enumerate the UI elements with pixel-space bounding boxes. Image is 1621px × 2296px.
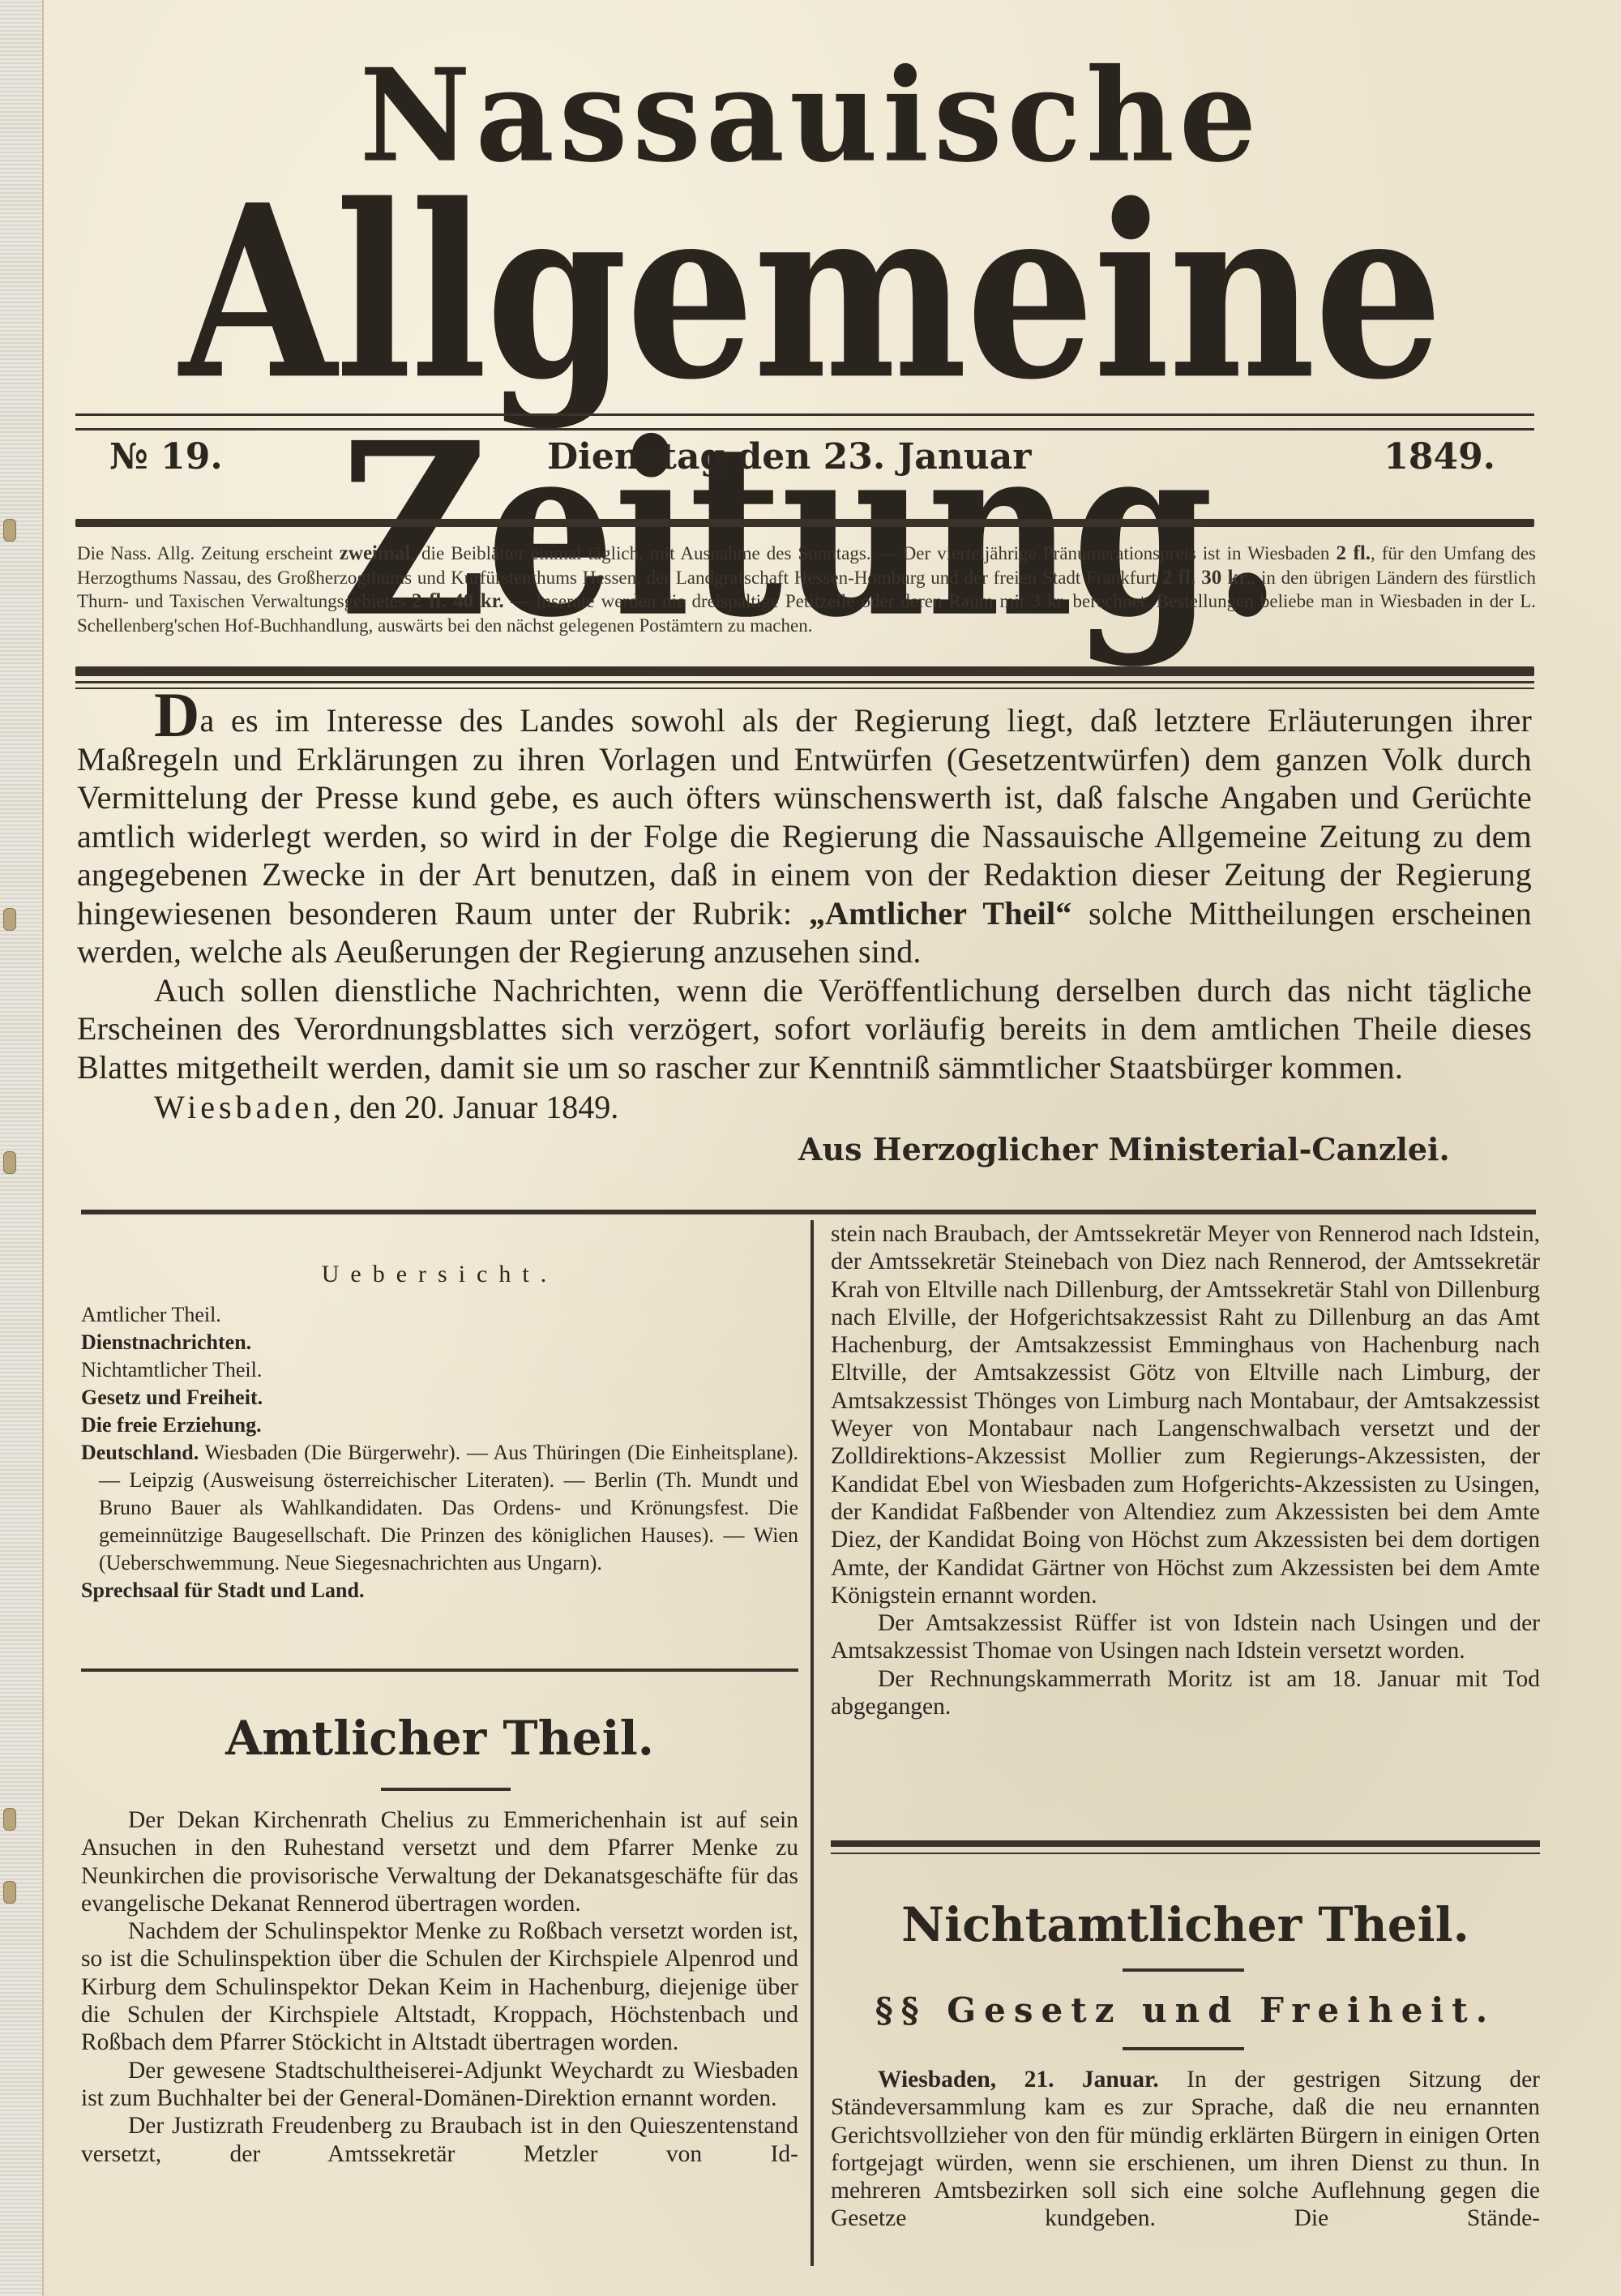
announcement-paragraph-1: Da es im Interesse des Landes sowohl als…: [77, 699, 1532, 971]
official-paragraph: Der Dekan Kirchenrath Chelius zu Emmeric…: [81, 1806, 798, 1917]
notice-rule-bottom-hair: [75, 688, 1534, 689]
official-paragraph: Der gewesene Stadtschultheiserei-Adjunkt…: [81, 2057, 798, 2113]
official-section-body: Der Dekan Kirchenrath Chelius zu Emmeric…: [81, 1806, 798, 2168]
binding-stitch: [3, 1808, 16, 1831]
announcement-paragraph-2: Auch sollen dienstliche Nachrichten, wen…: [77, 971, 1532, 1087]
announcement-place-date: Wiesbaden, den 20. Januar 1849.: [77, 1088, 1532, 1127]
binding-stitch: [3, 519, 16, 542]
masthead-rule-top: [75, 413, 1534, 416]
government-announcement: Da es im Interesse des Landes sowohl als…: [77, 699, 1532, 1127]
notice-rule-bottom-thin: [75, 681, 1534, 683]
notice-rule-top: [75, 519, 1534, 527]
price-wiesbaden: 2 fl.: [1336, 542, 1371, 564]
subheading-divider: [1123, 2047, 1244, 2050]
overview-title: Uebersicht.: [81, 1261, 798, 1288]
article-paragraph: Wiesbaden, 21. Januar. In der gestrigen …: [831, 2066, 1540, 2233]
overview-entry: Dienstnachrichten.: [81, 1329, 798, 1356]
official-paragraph: Der Amtsakzessist Rüffer ist von Idstein…: [831, 1609, 1540, 1665]
official-paragraph: Nachdem der Schulinspektor Menke zu Roßb…: [81, 1917, 798, 2056]
overview-entry: Nichtamtlicher Theil.: [81, 1356, 798, 1384]
binding-stitch: [3, 908, 16, 931]
price-other: 2 fl. 40 kr.: [412, 590, 504, 612]
official-section-heading: Amtlicher Theil.: [81, 1711, 798, 1766]
notice-emphasis: zweimal: [340, 542, 410, 564]
unofficial-top-rule-thin: [831, 1853, 1540, 1854]
article-subheading: §§ Gesetz und Freiheit.: [831, 1990, 1540, 2030]
overview-list: Amtlicher Theil. Dienstnachrichten. Nich…: [81, 1301, 798, 1604]
overview-entry-germany: Deutschland. Wiesbaden (Die Bürgerwehr).…: [81, 1439, 798, 1577]
column-divider: [810, 1220, 814, 2266]
dateline: № 19. Dienstag den 23. Januar 1849.: [109, 436, 1495, 493]
issue-year: 1849.: [1384, 436, 1495, 478]
rubric-label: „Amtlicher Theil“: [809, 895, 1072, 932]
article-dateline: Wiesbaden, 21. Januar.: [878, 2067, 1159, 2093]
book-binding-strip: [0, 0, 44, 2296]
notice-rule-bottom-thick: [75, 666, 1534, 676]
binding-stitch: [3, 1151, 16, 1174]
price-frankfurt: 2 fl. 30 kr.: [1162, 567, 1251, 589]
overview-entry: Die freie Erziehung.: [81, 1411, 798, 1439]
official-paragraph: Der Rechnungskammerrath Moritz ist am 18…: [831, 1665, 1540, 1721]
article-body: Wiesbaden, 21. Januar. In der gestrigen …: [831, 2066, 1540, 2233]
masthead-rule-bottom: [75, 428, 1534, 430]
overview-entry: Gesetz und Freiheit.: [81, 1384, 798, 1411]
official-section-continuation: stein nach Braubach, der Amtssekretär Me…: [831, 1220, 1540, 1720]
overview-entry: Sprechsaal für Stadt und Land.: [81, 1577, 798, 1604]
unofficial-section-heading: Nichtamtlicher Theil.: [831, 1897, 1540, 1952]
issue-date: Dienstag den 23. Januar: [547, 436, 1031, 478]
unofficial-top-rule-thick: [831, 1840, 1540, 1847]
overview-bottom-rule: [81, 1668, 798, 1672]
columns-top-rule: [81, 1210, 1536, 1214]
heading-divider: [1123, 1968, 1244, 1972]
announcement-signature: Aus Herzoglicher Ministerial-Canzlei.: [798, 1131, 1450, 1167]
overview-entry: Amtlicher Theil.: [81, 1301, 798, 1329]
official-paragraph: Der Justizrath Freudenberg zu Braubach i…: [81, 2112, 798, 2168]
issue-number: № 19.: [109, 436, 223, 478]
binding-stitch: [3, 1881, 16, 1904]
subscription-notice: Die Nass. Allg. Zeitung erscheint zweima…: [77, 542, 1536, 637]
dropcap: D: [154, 679, 200, 750]
official-paragraph: stein nach Braubach, der Amtssekretär Me…: [831, 1220, 1540, 1609]
heading-divider: [381, 1788, 511, 1791]
